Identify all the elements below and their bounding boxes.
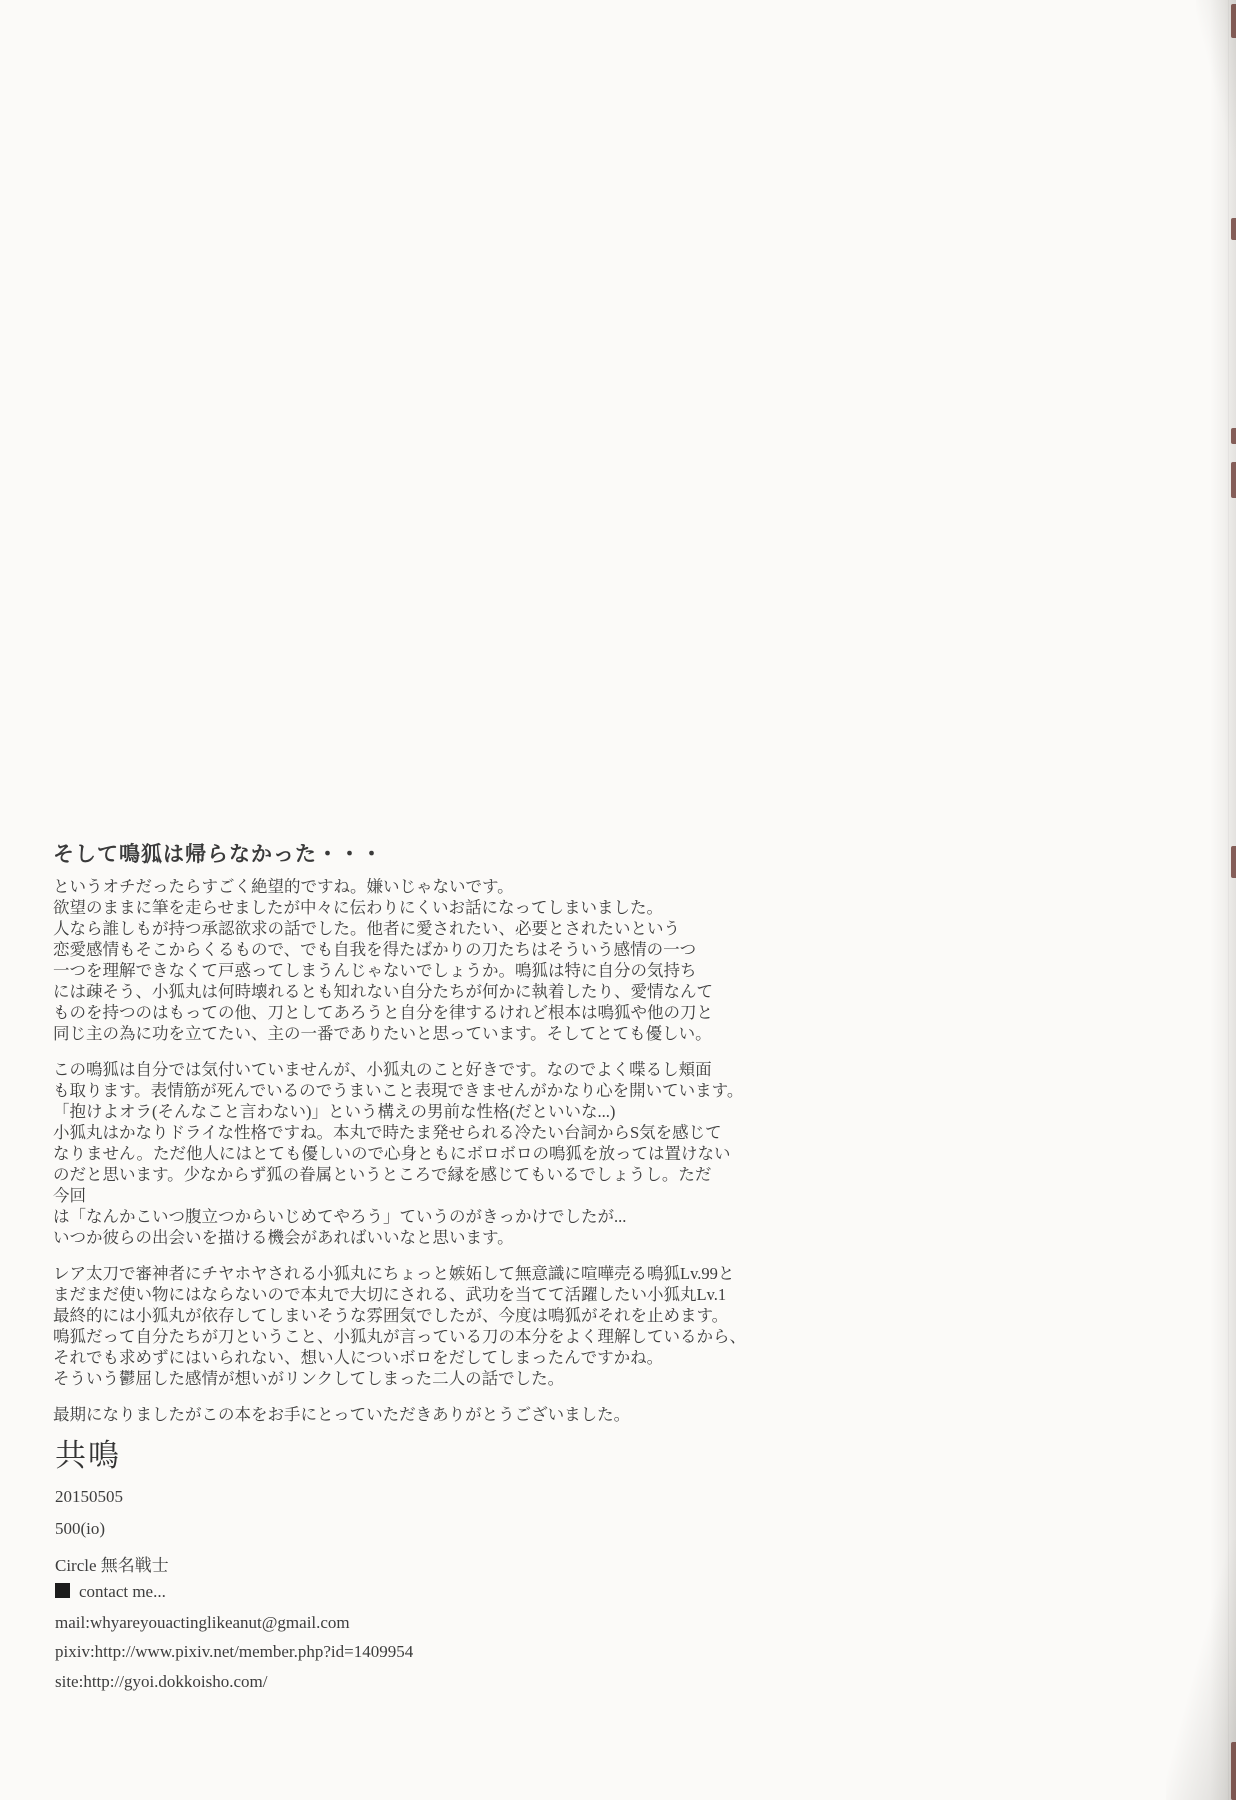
afterword-paragraph-2: この鳴狐は自分では気付いていませんが、小狐丸のこと好きです。なのでよく喋るし頬面…: [53, 1059, 993, 1248]
scan-edge-mark: [1231, 218, 1236, 240]
afterword-closing-line: 最期になりましたがこの本をお手にとっていただきありがとうございました。: [53, 1404, 993, 1425]
circle-name: Circle 無名戦士: [55, 1551, 169, 1576]
scan-edge-mark: [1231, 462, 1236, 498]
afterword-body: というオチだったらすごく絶望的ですね。嫌いじゃないです。 欲望のままに筆を走らせ…: [53, 876, 993, 1440]
contact-pixiv-line: pixiv:http://www.pixiv.net/member.php?id…: [55, 1642, 413, 1662]
afterword-paragraph-1: というオチだったらすごく絶望的ですね。嫌いじゃないです。 欲望のままに筆を走らせ…: [53, 876, 993, 1044]
afterword-page: そして鳴狐は帰らなかった・・・ というオチだったらすごく絶望的ですね。嫌いじゃな…: [0, 0, 1236, 1800]
scan-corner-shadow-bottom: [1166, 1540, 1236, 1800]
contact-site-line: site:http://gyoi.dokkoisho.com/: [55, 1672, 268, 1692]
afterword-paragraph-3: レア太刀で審神者にチヤホヤされる小狐丸にちょっと嫉妬して無意識に喧嘩売る鳴狐Lv…: [53, 1263, 993, 1389]
scan-edge-mark: [1231, 1742, 1236, 1800]
scan-edge-line: [1228, 0, 1229, 1800]
scan-edge-mark: [1231, 4, 1236, 38]
contact-heading-label: contact me...: [79, 1582, 166, 1601]
contact-mail-line: mail:whyareyouactinglikeanut@gmail.com: [55, 1613, 350, 1633]
contact-heading: contact me...: [55, 1582, 166, 1602]
scan-corner-shadow-top: [1196, 0, 1236, 160]
scan-edge-mark: [1231, 428, 1236, 444]
publication-date: 20150505: [55, 1487, 123, 1507]
black-square-icon: [55, 1583, 70, 1598]
scan-edge-mark: [1231, 846, 1236, 878]
author-name: 500(io): [55, 1519, 105, 1539]
afterword-headline: そして鳴狐は帰らなかった・・・: [53, 838, 383, 868]
scan-edge-shadow: [1210, 0, 1236, 1800]
book-title: 共鳴: [55, 1430, 121, 1475]
